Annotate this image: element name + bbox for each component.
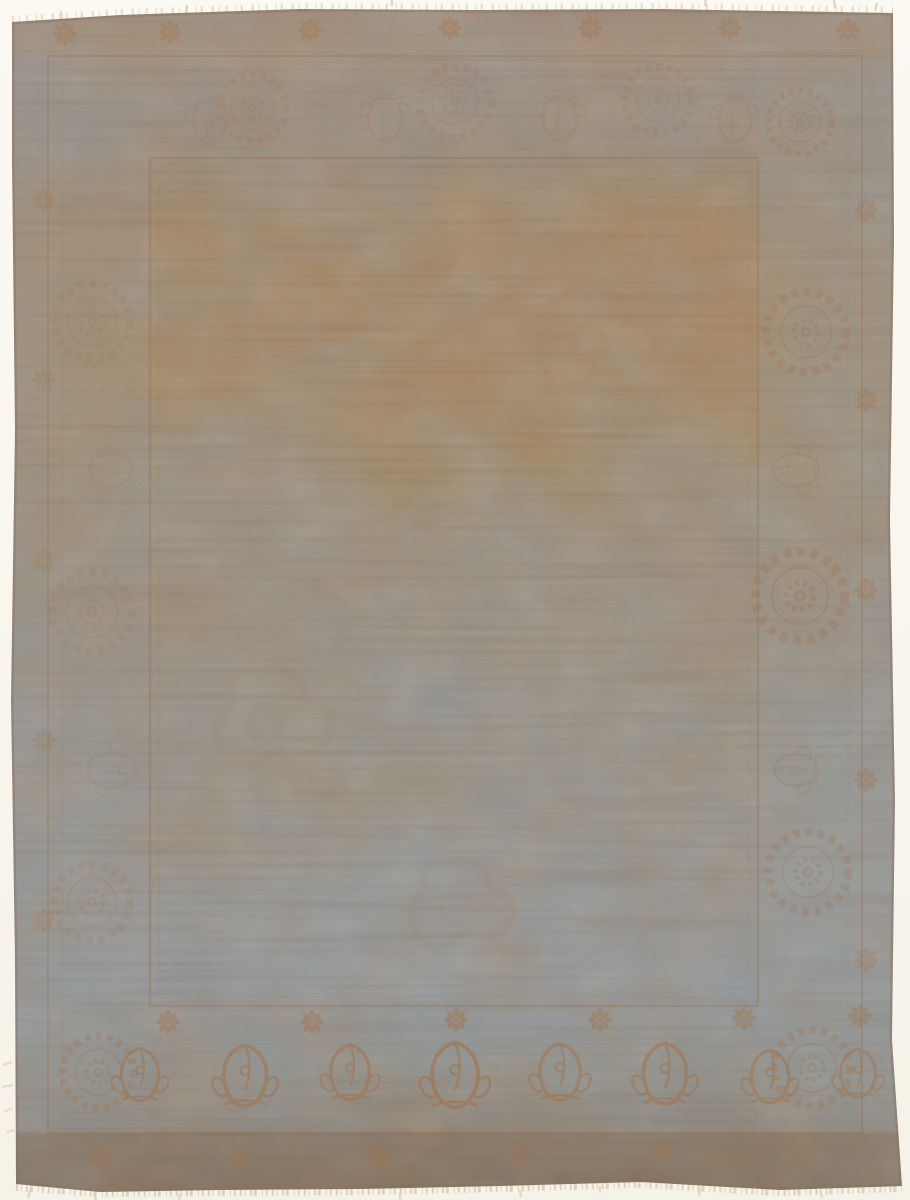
rosette-motif — [158, 20, 182, 44]
rosette-motif — [788, 1142, 812, 1166]
rosette-motif — [300, 1010, 324, 1034]
rosette-motif — [718, 16, 742, 40]
rosette-motif — [32, 548, 56, 572]
rosette-motif — [438, 16, 462, 40]
rosette-motif — [854, 948, 878, 972]
rosette-motif — [156, 1010, 180, 1034]
rosette-motif — [732, 1006, 756, 1030]
rosette-motif — [444, 1008, 468, 1032]
rosette-motif — [854, 198, 878, 222]
rug — [8, 6, 906, 1194]
rosette-motif — [854, 768, 878, 792]
rosette-motif — [32, 188, 56, 212]
rosette-motif — [228, 1144, 252, 1168]
rosette-motif — [588, 1008, 612, 1032]
rosette-motif — [836, 18, 860, 42]
rosette-motif — [854, 578, 878, 602]
rosette-motif — [848, 1004, 872, 1028]
rosette-motif — [298, 18, 322, 42]
left-border-tint — [8, 56, 150, 1134]
rosette-motif — [32, 728, 56, 752]
rosette-motif — [648, 1140, 672, 1164]
photo-backdrop — [0, 0, 910, 1200]
rosette-motif — [53, 22, 77, 46]
rosette-motif — [508, 1142, 532, 1166]
right-border-tint — [758, 56, 904, 1134]
rosette-motif — [88, 1143, 112, 1167]
rosette-motif — [32, 368, 56, 392]
rug-photo — [0, 0, 910, 1200]
rosette-motif — [368, 1144, 392, 1168]
rosette-motif — [578, 16, 602, 40]
rosette-motif — [854, 388, 878, 412]
bottom-selvage-band — [8, 1132, 904, 1190]
